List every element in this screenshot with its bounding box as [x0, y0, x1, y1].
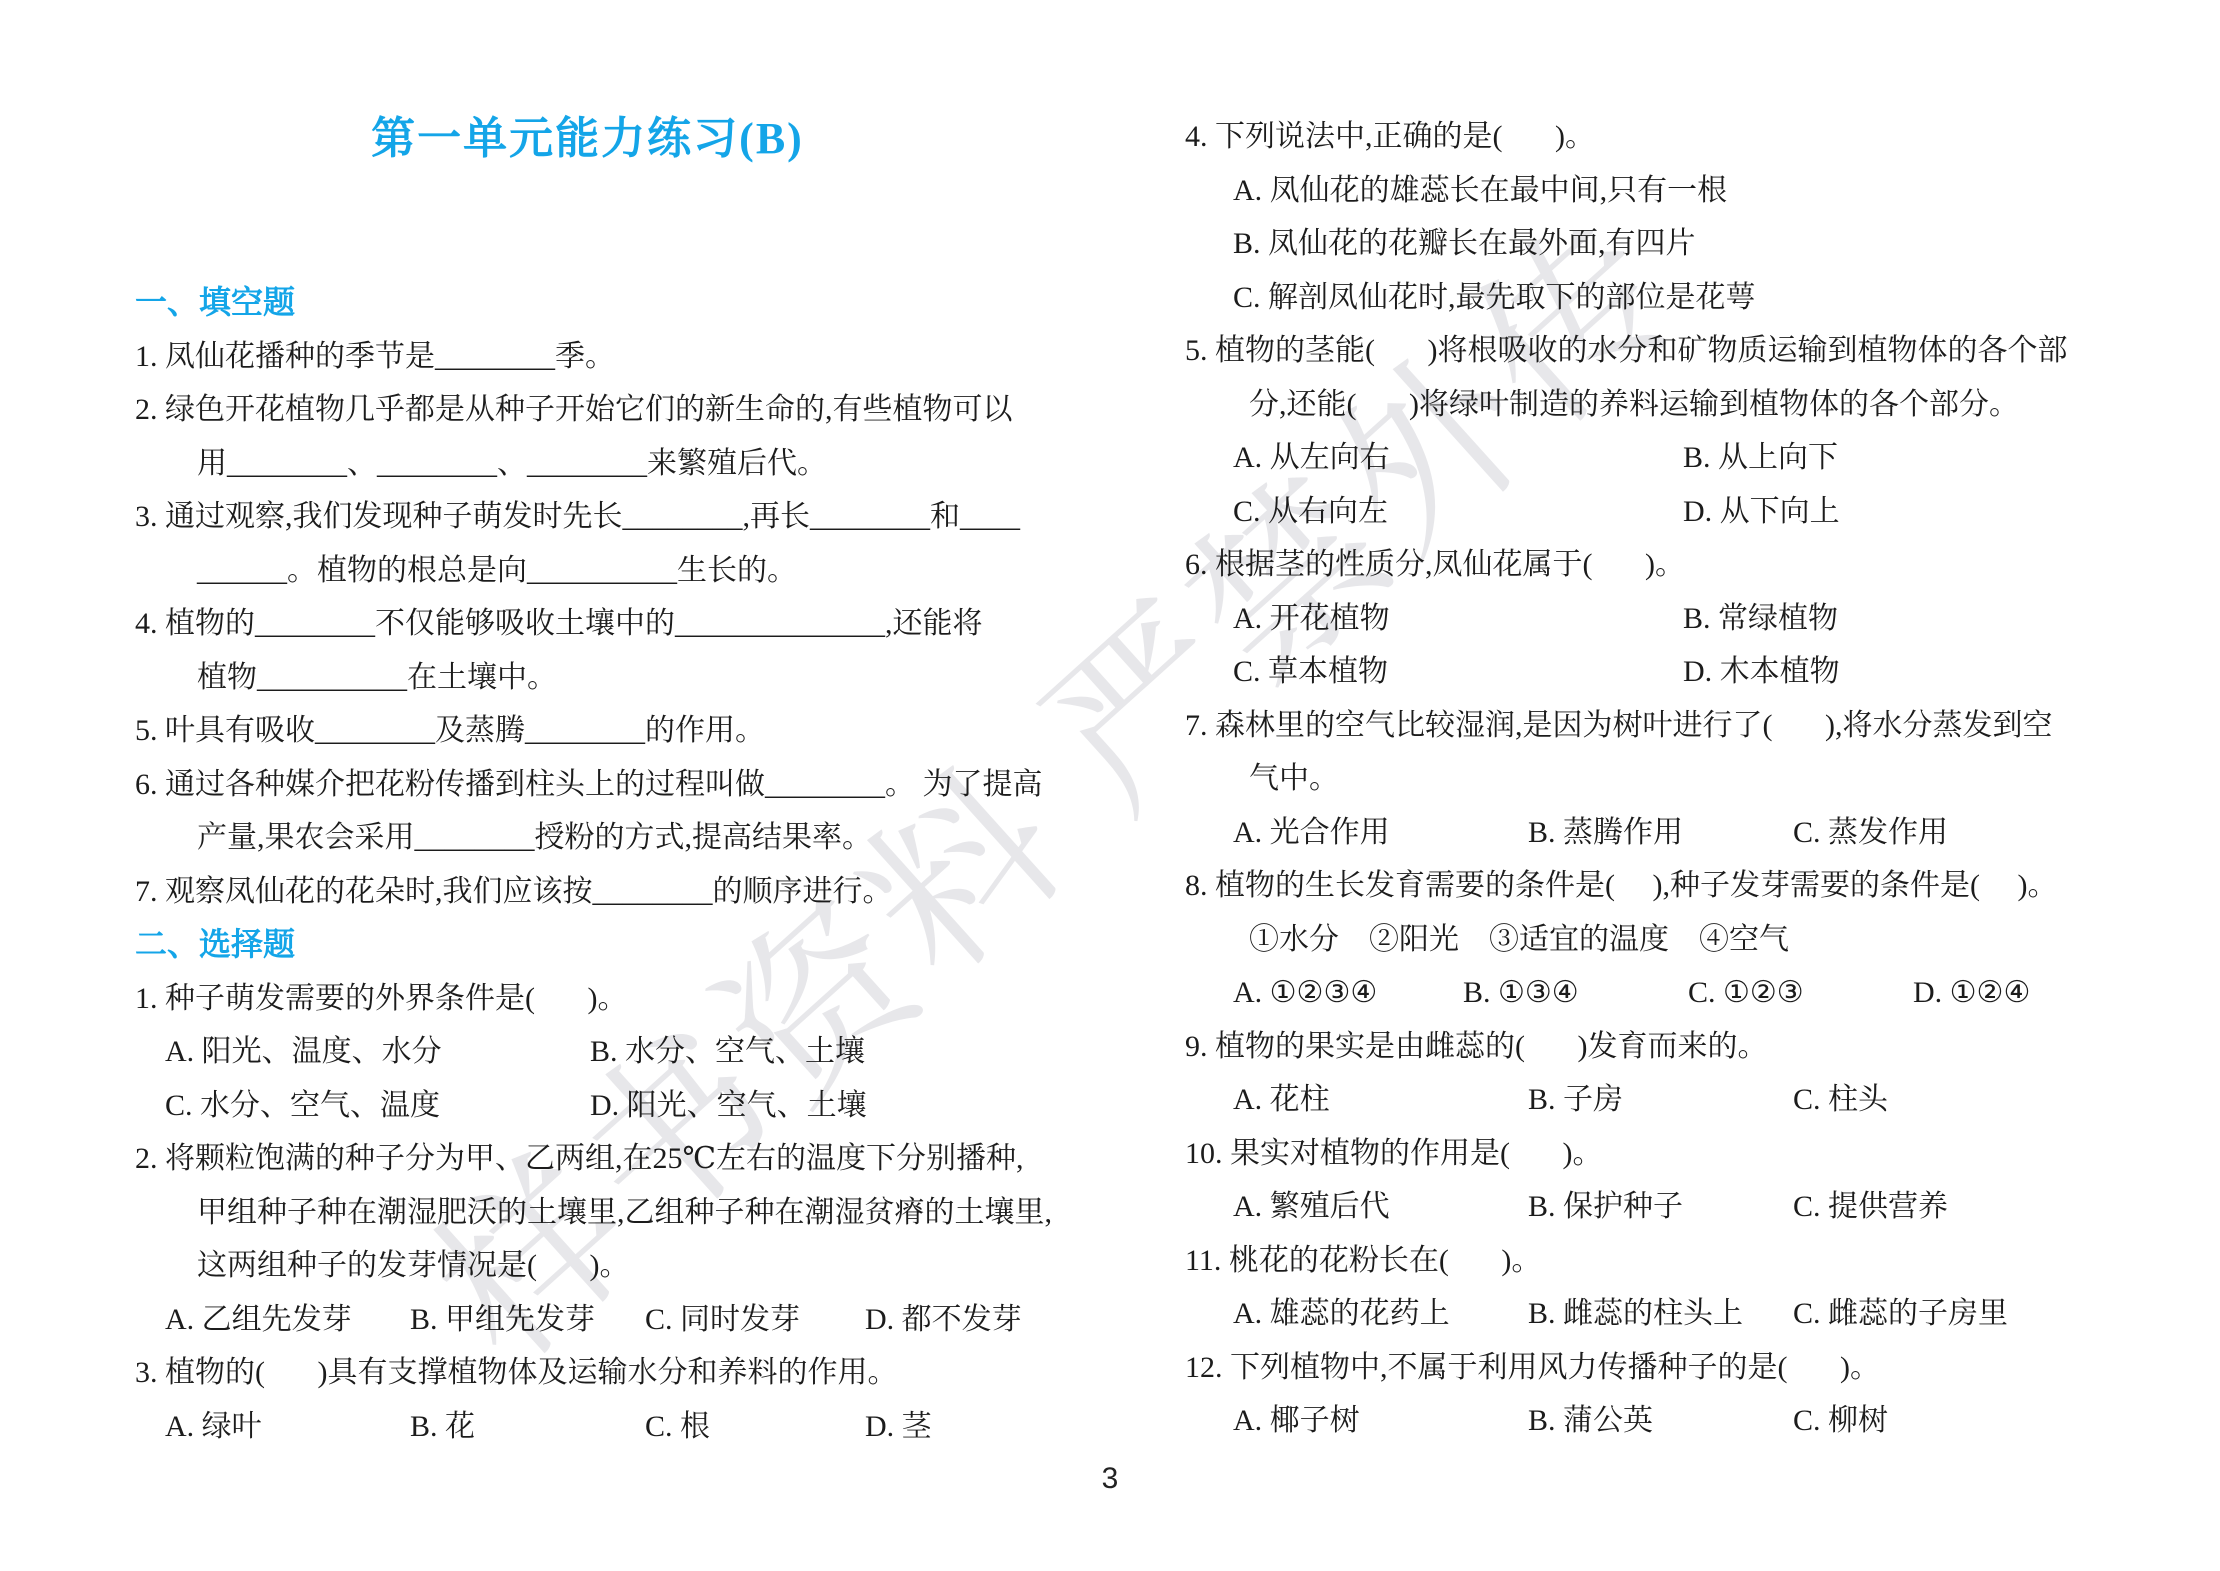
question-line: 12. 下列植物中,不属于利用风力传播种子的是( )。 — [1185, 1341, 2170, 1395]
option-b: B. ①③④ — [1463, 966, 1688, 1020]
option-row: C. 解剖凤仙花时,最先取下的部位是花萼 — [1185, 271, 2170, 325]
question-line: 植物__________在土壤中。 — [135, 651, 1040, 705]
option-b: B. 从上向下 — [1683, 431, 1838, 485]
section-header-choice: 二、选择题 — [135, 918, 1040, 972]
question-line: ①水分 ②阳光 ③适宜的温度 ④空气 — [1185, 913, 2170, 967]
question-line: 4. 植物的________不仅能够吸收土壤中的______________,还… — [135, 597, 1040, 651]
question-line: 9. 植物的果实是由雌蕊的( )发育而来的。 — [1185, 1020, 2170, 1074]
option-b: B. 雌蕊的柱头上 — [1528, 1287, 1793, 1341]
option-c: C. 草本植物 — [1233, 645, 1683, 699]
option-a: A. 雄蕊的花药上 — [1233, 1287, 1528, 1341]
question-line: 2. 绿色开花植物几乎都是从种子开始它们的新生命的,有些植物可以 — [135, 383, 1040, 437]
question-line: 8. 植物的生长发育需要的条件是( ),种子发芽需要的条件是( )。 — [1185, 859, 2170, 913]
right-column: 4. 下列说法中,正确的是( )。 A. 凤仙花的雄蕊长在最中间,只有一根 B.… — [1185, 110, 2170, 1448]
section-header-fill-in: 一、填空题 — [135, 276, 1040, 330]
question-line: 7. 森林里的空气比较湿润,是因为树叶进行了( ),将水分蒸发到空 — [1185, 699, 2170, 753]
option-row: A. 开花植物B. 常绿植物 — [1185, 592, 2170, 646]
option-row: A. 乙组先发芽B. 甲组先发芽C. 同时发芽D. 都不发芽 — [135, 1293, 1040, 1347]
option-a: A. ①②③④ — [1233, 966, 1463, 1020]
option-a: A. 花柱 — [1233, 1073, 1528, 1127]
option-a: A. 从左向右 — [1233, 431, 1683, 485]
option-row: A. 雄蕊的花药上B. 雌蕊的柱头上C. 雌蕊的子房里 — [1185, 1287, 2170, 1341]
option-a: A. 阳光、温度、水分 — [165, 1025, 590, 1079]
question-line: 用________、________、________来繁殖后代。 — [135, 437, 1040, 491]
option-c: C. 雌蕊的子房里 — [1793, 1287, 2008, 1341]
question-line: 3. 通过观察,我们发现种子萌发时先长________,再长________和_… — [135, 490, 1040, 544]
option-d: D. 茎 — [865, 1400, 932, 1454]
option-c: C. 柱头 — [1793, 1073, 1888, 1127]
option-b: B. 花 — [410, 1400, 645, 1454]
option-row: A. 椰子树B. 蒲公英C. 柳树 — [1185, 1394, 2170, 1448]
option-a: A. 繁殖后代 — [1233, 1180, 1528, 1234]
option-row: A. ①②③④B. ①③④C. ①②③D. ①②④ — [1185, 966, 2170, 1020]
option-c: C. 同时发芽 — [645, 1293, 865, 1347]
option-a: A. 光合作用 — [1233, 806, 1528, 860]
question-line: 产量,果农会采用________授粉的方式,提高结果率。 — [135, 811, 1040, 865]
option-b: B. 蒲公英 — [1528, 1394, 1793, 1448]
question-line: ______。植物的根总是向__________生长的。 — [135, 544, 1040, 598]
option-c: C. 从右向左 — [1233, 485, 1683, 539]
question-line: 分,还能( )将绿叶制造的养料运输到植物体的各个部分。 — [1185, 378, 2170, 432]
option-row: A. 花柱B. 子房C. 柱头 — [1185, 1073, 2170, 1127]
question-line: 5. 叶具有吸收________及蒸腾________的作用。 — [135, 704, 1040, 758]
question-line: 2. 将颗粒饱满的种子分为甲、乙两组,在25℃左右的温度下分别播种, — [135, 1132, 1040, 1186]
option-row: B. 凤仙花的花瓣长在最外面,有四片 — [1185, 217, 2170, 271]
option-row: C. 从右向左D. 从下向上 — [1185, 485, 2170, 539]
option-c: C. 水分、空气、温度 — [165, 1079, 590, 1133]
option-b: B. 甲组先发芽 — [410, 1293, 645, 1347]
left-column: 一、填空题 1. 凤仙花播种的季节是________季。 2. 绿色开花植物几乎… — [135, 276, 1040, 1453]
option-row: A. 阳光、温度、水分B. 水分、空气、土壤 — [135, 1025, 1040, 1079]
option-d: D. 木本植物 — [1683, 645, 1840, 699]
option-c: C. 蒸发作用 — [1793, 806, 1948, 860]
option-a: A. 乙组先发芽 — [165, 1293, 410, 1347]
option-b: B. 子房 — [1528, 1073, 1793, 1127]
option-row: A. 从左向右B. 从上向下 — [1185, 431, 2170, 485]
option-c: C. ①②③ — [1688, 966, 1913, 1020]
question-line: 1. 种子萌发需要的外界条件是( )。 — [135, 972, 1040, 1026]
option-c: C. 柳树 — [1793, 1394, 1888, 1448]
page-title: 第一单元能力练习(B) — [135, 102, 1040, 166]
question-line: 7. 观察凤仙花的花朵时,我们应该按________的顺序进行。 — [135, 865, 1040, 919]
option-row: A. 凤仙花的雄蕊长在最中间,只有一根 — [1185, 164, 2170, 218]
option-c: C. 根 — [645, 1400, 865, 1454]
question-line: 甲组种子种在潮湿肥沃的土壤里,乙组种子种在潮湿贫瘠的土壤里, — [135, 1186, 1040, 1240]
option-d: D. ①②④ — [1913, 966, 2030, 1020]
option-row: A. 繁殖后代B. 保护种子C. 提供营养 — [1185, 1180, 2170, 1234]
question-line: 1. 凤仙花播种的季节是________季。 — [135, 330, 1040, 384]
option-row: C. 水分、空气、温度D. 阳光、空气、土壤 — [135, 1079, 1040, 1133]
option-a: A. 绿叶 — [165, 1400, 410, 1454]
question-line: 3. 植物的( )具有支撑植物体及运输水分和养料的作用。 — [135, 1346, 1040, 1400]
option-b: B. 保护种子 — [1528, 1180, 1793, 1234]
option-b: B. 蒸腾作用 — [1528, 806, 1793, 860]
question-line: 4. 下列说法中,正确的是( )。 — [1185, 110, 2170, 164]
option-row: A. 绿叶B. 花C. 根D. 茎 — [135, 1400, 1040, 1454]
page-number: 3 — [0, 1462, 2220, 1496]
question-line: 6. 根据茎的性质分,凤仙花属于( )。 — [1185, 538, 2170, 592]
option-d: D. 阳光、空气、土壤 — [590, 1079, 867, 1133]
option-d: D. 从下向上 — [1683, 485, 1840, 539]
option-a: A. 椰子树 — [1233, 1394, 1528, 1448]
option-row: C. 草本植物D. 木本植物 — [1185, 645, 2170, 699]
option-c: C. 提供营养 — [1793, 1180, 1948, 1234]
question-line: 5. 植物的茎能( )将根吸收的水分和矿物质运输到植物体的各个部 — [1185, 324, 2170, 378]
option-a: A. 开花植物 — [1233, 592, 1683, 646]
question-line: 气中。 — [1185, 752, 2170, 806]
question-line: 这两组种子的发芽情况是( )。 — [135, 1239, 1040, 1293]
option-row: A. 光合作用B. 蒸腾作用C. 蒸发作用 — [1185, 806, 2170, 860]
question-line: 6. 通过各种媒介把花粉传播到柱头上的过程叫做________。 为了提高 — [135, 758, 1040, 812]
option-b: B. 常绿植物 — [1683, 592, 1838, 646]
option-d: D. 都不发芽 — [865, 1293, 1022, 1347]
option-b: B. 水分、空气、土壤 — [590, 1025, 865, 1079]
question-line: 10. 果实对植物的作用是( )。 — [1185, 1127, 2170, 1181]
question-line: 11. 桃花的花粉长在( )。 — [1185, 1234, 2170, 1288]
